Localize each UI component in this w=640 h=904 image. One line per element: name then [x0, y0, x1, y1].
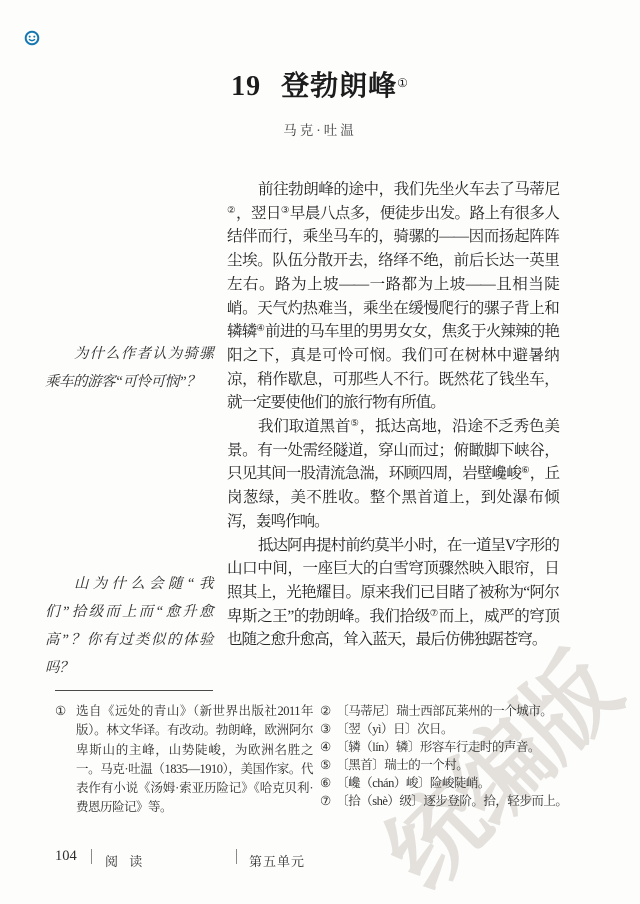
footnote-7-text: 〔拾（shè）级〕逐步登阶。拾，轻步而上。: [336, 794, 567, 808]
footer-divider-1: [91, 849, 92, 864]
footnote-5: ⑤〔黑首〕瑞士的一个村。: [320, 756, 588, 774]
lesson-title: 19登勃朗峰①: [0, 64, 640, 104]
footnote-4: ④〔辚（lín）辚〕形容车行走时的声音。: [320, 738, 588, 756]
smiley-annotation-icon[interactable]: [24, 30, 40, 46]
footnote-divider: [55, 690, 213, 691]
footer-section-label: 阅 读: [105, 851, 146, 870]
footnote-2: ②〔马蒂尼〕瑞士西部瓦莱州的一个城市。: [320, 702, 588, 720]
paragraph-2: 我们取道黑首⑤，抵达高地，沿途不乏秀色美景。有一处需经隧道，穿山而过；俯瞰脚下峡…: [227, 415, 559, 534]
author-name: 马克·吐温: [0, 119, 640, 139]
footnote-1-marker: ①: [55, 702, 66, 721]
footer-unit-label: 第五单元: [249, 851, 305, 870]
textbook-page: 统编版 19登勃朗峰① 马克·吐温 前往勃朗峰的途中，我们先坐火车去了马蒂尼②，…: [0, 0, 640, 904]
footnote-3-text: 〔翌（yì）日〕次日。: [336, 722, 453, 736]
footnote-7-marker: ⑦: [320, 794, 331, 808]
footnote-5-marker: ⑤: [320, 758, 331, 772]
footnote-5-text: 〔黑首〕瑞士的一个村。: [336, 758, 468, 772]
footnote-3: ③〔翌（yì）日〕次日。: [320, 720, 588, 738]
footnote-2-text: 〔马蒂尼〕瑞士西部瓦莱州的一个城市。: [336, 704, 552, 718]
footnote-6-marker: ⑥: [320, 776, 331, 790]
footnotes-right-column: ②〔马蒂尼〕瑞士西部瓦莱州的一个城市。 ③〔翌（yì）日〕次日。 ④〔辚（lín…: [320, 702, 588, 810]
paragraph-3: 抵达阿冉提村前约莫半小时，在一道呈V字形的山口中间，一座巨大的白雪穹顶骤然映入眼…: [227, 534, 559, 653]
page-number: 104: [55, 848, 77, 865]
footnote-1-text: 选自《远处的青山》（新世界出版社2011年版）。林文华译。有改动。勃朗峰，欧洲阿…: [76, 704, 313, 814]
lesson-title-text: 登勃朗峰: [281, 71, 397, 102]
footer-divider-2: [236, 849, 237, 864]
footnote-6-text: 〔巉（chán）峻〕险峻陡峭。: [336, 776, 490, 790]
margin-question-1: 为什么作者认为骑骡乘车的游客“可怜可悯”？: [45, 340, 213, 396]
body-text: 前往勃朗峰的途中，我们先坐火车去了马蒂尼②，翌日③早晨八点多，便徒步出发。路上有…: [227, 178, 559, 652]
footnote-1: ①选自《远处的青山》（新世界出版社2011年版）。林文华译。有改动。勃朗峰，欧洲…: [55, 702, 313, 818]
footnote-4-text: 〔辚（lín）辚〕形容车行走时的声音。: [336, 740, 540, 754]
title-footnote-mark: ①: [397, 76, 409, 90]
footnote-3-marker: ③: [320, 722, 331, 736]
paragraph-1: 前往勃朗峰的途中，我们先坐火车去了马蒂尼②，翌日③早晨八点多，便徒步出发。路上有…: [227, 178, 559, 415]
footnote-7: ⑦〔拾（shè）级〕逐步登阶。拾，轻步而上。: [320, 792, 588, 810]
footnote-2-marker: ②: [320, 704, 331, 718]
footnotes-left-column: ①选自《远处的青山》（新世界出版社2011年版）。林文华译。有改动。勃朗峰，欧洲…: [55, 702, 313, 818]
margin-question-2: 山为什么会随“我们”拾级而上而“愈升愈高”？你有过类似的体验吗？: [45, 570, 213, 682]
lesson-number: 19: [231, 71, 261, 102]
footnote-4-marker: ④: [320, 740, 331, 754]
footnote-6: ⑥〔巉（chán）峻〕险峻陡峭。: [320, 774, 588, 792]
